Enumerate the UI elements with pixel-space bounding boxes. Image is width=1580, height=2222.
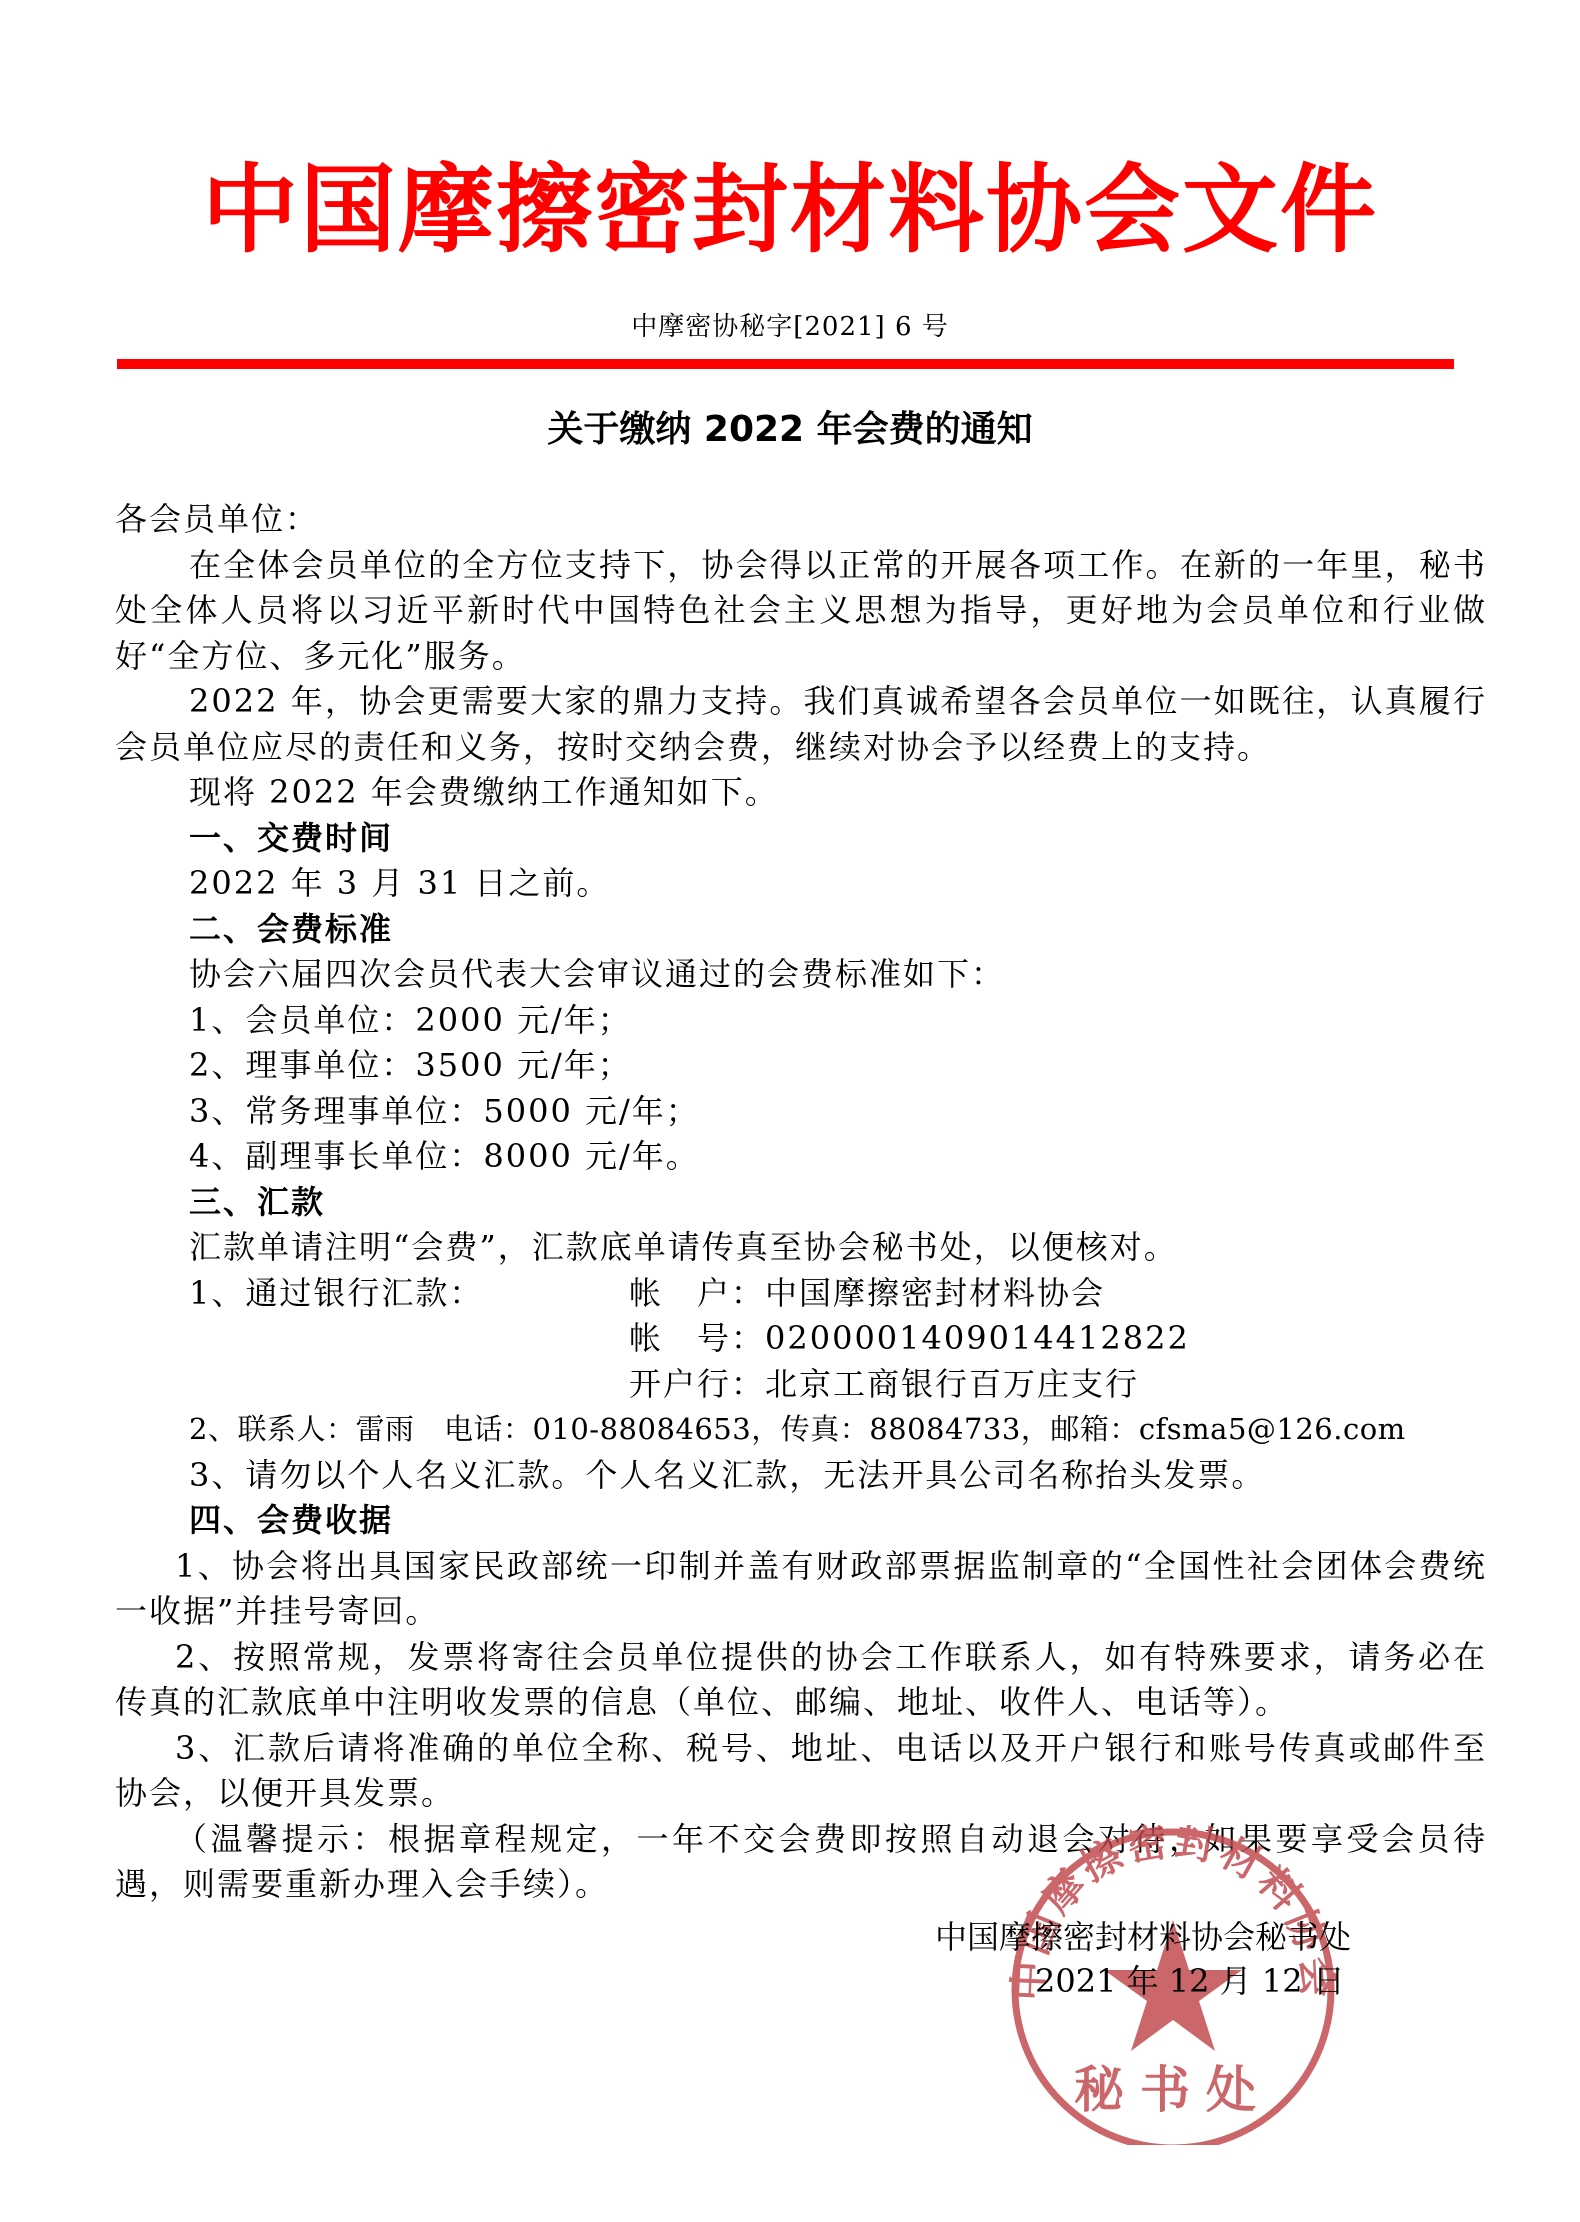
intro-paragraph: 在全体会员单位的全方位支持下，协会得以正常的开展各项工作。在新的一年里，秘书处全…: [115, 543, 1487, 680]
stamp-center-text: 秘书处: [1074, 2061, 1272, 2119]
personal-remittance-warning: 3、请勿以个人名义汇款。个人名义汇款，无法开具公司名称抬头发票。: [115, 1453, 1487, 1499]
bank-branch: 开户行：北京工商银行百万庄支行: [629, 1362, 1139, 1408]
bank-account-name-row: 1、通过银行汇款： 帐 户：中国摩擦密封材料协会: [115, 1271, 1487, 1317]
reminder-note: （温馨提示：根据章程规定，一年不交会费即按照自动退会对待，如果要享受会员待遇，则…: [115, 1817, 1487, 1908]
fee-standard-intro: 协会六届四次会员代表大会审议通过的会费标准如下：: [115, 952, 1487, 998]
bank-transfer-label: 1、通过银行汇款：: [189, 1271, 629, 1317]
signoff-organization: 中国摩擦密封材料协会秘书处: [935, 1915, 1435, 1959]
masthead-title: 中国摩擦密封材料协会文件: [0, 150, 1580, 270]
receipt-item: 2、按照常规，发票将寄往会员单位提供的协会工作联系人，如有特殊要求，请务必在传真…: [115, 1635, 1487, 1726]
section-heading-fee-standard: 二、会费标准: [115, 907, 1487, 953]
bank-account-number-row: 帐 号：0200001409014412822: [115, 1316, 1487, 1362]
notice-title: 关于缴纳 2022 年会费的通知: [0, 405, 1580, 455]
document-page: 中国摩擦密封材料协会文件 中摩密协秘字[2021] 6 号 关于缴纳 2022 …: [0, 0, 1580, 2222]
receipt-item: 1、协会将出具国家民政部统一印制并盖有财政部票据监制章的“全国性社会团体会费统一…: [115, 1544, 1487, 1635]
payment-deadline: 2022 年 3 月 31 日之前。: [115, 861, 1487, 907]
document-number: 中摩密协秘字[2021] 6 号: [0, 310, 1580, 344]
remittance-intro: 汇款单请注明“会费”，汇款底单请传真至协会秘书处，以便核对。: [115, 1225, 1487, 1271]
red-divider-rule: [117, 359, 1454, 369]
bank-account-name: 帐 户：中国摩擦密封材料协会: [629, 1271, 1105, 1317]
intro-paragraph: 现将 2022 年会费缴纳工作通知如下。: [115, 770, 1487, 816]
section-heading-payment-time: 一、交费时间: [115, 816, 1487, 862]
intro-paragraph: 2022 年，协会更需要大家的鼎力支持。我们真诚希望各会员单位一如既往，认真履行…: [115, 679, 1487, 770]
signoff-date: 2021 年 12 月 12 日: [935, 1959, 1435, 2003]
section-heading-receipt: 四、会费收据: [115, 1498, 1487, 1544]
contact-info: 2、联系人：雷雨 电话：010-88084653，传真：88084733，邮箱：…: [115, 1407, 1487, 1453]
notice-body: 各会员单位： 在全体会员单位的全方位支持下，协会得以正常的开展各项工作。在新的一…: [115, 497, 1487, 1908]
signoff-block: 中国摩擦密封材料协会秘书处 2021 年 12 月 12 日: [935, 1915, 1435, 2003]
section-heading-remittance: 三、汇款: [115, 1180, 1487, 1226]
fee-item: 3、常务理事单位：5000 元/年；: [115, 1089, 1487, 1135]
fee-item: 1、会员单位：2000 元/年；: [115, 998, 1487, 1044]
receipt-item: 3、汇款后请将准确的单位全称、税号、地址、电话以及开户银行和账号传真或邮件至协会…: [115, 1726, 1487, 1817]
bank-account-number: 帐 号：0200001409014412822: [629, 1316, 1190, 1362]
fee-item: 2、理事单位：3500 元/年；: [115, 1043, 1487, 1089]
fee-item: 4、副理事长单位：8000 元/年。: [115, 1134, 1487, 1180]
salutation: 各会员单位：: [115, 497, 1487, 543]
bank-branch-row: 开户行：北京工商银行百万庄支行: [115, 1362, 1487, 1408]
